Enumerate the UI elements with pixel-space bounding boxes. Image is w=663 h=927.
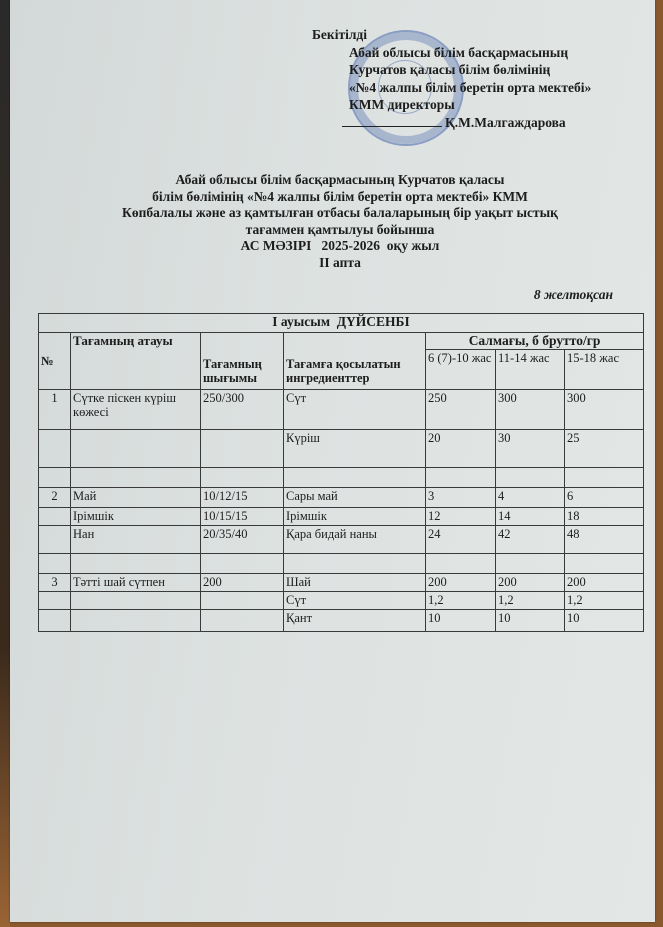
weight-age-6-10: 200	[426, 574, 496, 592]
table-row: Нан20/35/40Қара бидай наны244248	[39, 526, 644, 554]
weight-age-15-18: 300	[565, 390, 644, 430]
dish-name	[71, 592, 201, 610]
dish-name	[71, 610, 201, 632]
title-line: білім бөлімінің «№4 жалпы білім беретін …	[60, 189, 620, 206]
header-age-15-18: 15-18 жас	[565, 350, 644, 390]
dish-output	[201, 430, 284, 468]
approval-line: КММ директоры	[349, 96, 591, 114]
table-row: Ірімшік10/15/15 Ірімшік121418	[39, 508, 644, 526]
weight-age-11-14: 4	[496, 488, 565, 508]
dish-output	[201, 610, 284, 632]
title-line: АС МӘЗІРІ 2025-2026 оқу жыл	[60, 238, 620, 255]
header-age-11-14: 11-14 жас	[496, 350, 565, 390]
ingredient-name: Шай	[284, 574, 426, 592]
header-output: Тағамның шығымы	[201, 333, 284, 390]
dish-name: Тәтті шай сүтпен	[71, 574, 201, 592]
weight-age-15-18: 6	[565, 488, 644, 508]
weight-age-6-10: 10	[426, 610, 496, 632]
dish-name: Сүтке піскен күріш көжесі	[71, 390, 201, 430]
row-no	[39, 610, 71, 632]
row-no: 1	[39, 390, 71, 430]
dish-output: 200	[201, 574, 284, 592]
dish-output	[201, 554, 284, 574]
dish-name: Ірімшік	[71, 508, 201, 526]
table-row	[39, 554, 644, 574]
weight-age-6-10: 12	[426, 508, 496, 526]
ingredient-name: Сүт	[284, 390, 426, 430]
weight-age-11-14	[496, 468, 565, 488]
row-no	[39, 592, 71, 610]
ingredient-name	[284, 468, 426, 488]
weight-age-6-10	[426, 554, 496, 574]
weight-age-6-10	[426, 468, 496, 488]
row-no	[39, 526, 71, 554]
ingredient-name: Сары май	[284, 488, 426, 508]
weight-age-11-14: 10	[496, 610, 565, 632]
table-row: 2Май10/12/15Сары май346	[39, 488, 644, 508]
menu-table: І ауысым ДҮЙСЕНБІ № Тағамның атауы Тағам…	[38, 313, 644, 632]
weight-age-11-14: 300	[496, 390, 565, 430]
weight-age-15-18: 200	[565, 574, 644, 592]
table-row: 3Тәтті шай сүтпен200Шай200200200	[39, 574, 644, 592]
table-row: Қант101010	[39, 610, 644, 632]
weight-age-15-18: 1,2	[565, 592, 644, 610]
weight-age-15-18	[565, 468, 644, 488]
weight-age-11-14	[496, 554, 565, 574]
row-no: 2	[39, 488, 71, 508]
dish-name	[71, 430, 201, 468]
table-row: 1Сүтке піскен күріш көжесі250/300Сүт2503…	[39, 390, 644, 430]
weight-age-6-10: 20	[426, 430, 496, 468]
dish-output: 10/15/15	[201, 508, 284, 526]
row-no	[39, 430, 71, 468]
header-name: Тағамның атауы	[71, 333, 201, 390]
weight-age-6-10: 1,2	[426, 592, 496, 610]
weight-age-15-18: 10	[565, 610, 644, 632]
ingredient-name: Қант	[284, 610, 426, 632]
ingredient-name: Ірімшік	[284, 508, 426, 526]
ingredient-name: Сүт	[284, 592, 426, 610]
table-row	[39, 468, 644, 488]
dish-output	[201, 592, 284, 610]
row-no	[39, 554, 71, 574]
signature-line: Қ.М.Малгаждарова	[342, 114, 591, 132]
weight-age-15-18: 18	[565, 508, 644, 526]
approval-line: «№4 жалпы білім беретін орта мектебі»	[349, 79, 591, 97]
weight-age-6-10: 24	[426, 526, 496, 554]
title-line: Абай облысы білім басқармасының Курчатов…	[60, 172, 620, 189]
row-no: 3	[39, 574, 71, 592]
approval-heading: Бекітілді	[312, 26, 591, 44]
weight-age-6-10: 250	[426, 390, 496, 430]
weight-age-11-14: 14	[496, 508, 565, 526]
weight-age-6-10: 3	[426, 488, 496, 508]
signature-blank	[342, 114, 442, 127]
header-ingredients: Тағамға қосылатын ингредиенттер	[284, 333, 426, 390]
shift-header: І ауысым ДҮЙСЕНБІ	[39, 314, 644, 333]
weight-age-11-14: 1,2	[496, 592, 565, 610]
weight-age-11-14: 42	[496, 526, 565, 554]
row-no	[39, 508, 71, 526]
weight-age-15-18: 25	[565, 430, 644, 468]
menu-date: 8 желтоқсан	[534, 287, 613, 303]
approval-line: Абай облысы білім басқармасының	[349, 44, 591, 62]
header-age-6-10: 6 (7)-10 жас	[426, 350, 496, 390]
header-no: №	[39, 333, 71, 390]
row-no	[39, 468, 71, 488]
ingredient-name: Қара бидай наны	[284, 526, 426, 554]
weight-age-15-18	[565, 554, 644, 574]
title-line: ІІ апта	[60, 255, 620, 272]
dish-name: Нан	[71, 526, 201, 554]
signer-name: Қ.М.Малгаждарова	[445, 115, 566, 130]
ingredient-name	[284, 554, 426, 574]
dish-name: Май	[71, 488, 201, 508]
weight-age-11-14: 30	[496, 430, 565, 468]
dish-output: 250/300	[201, 390, 284, 430]
document-title: Абай облысы білім басқармасының Курчатов…	[60, 172, 620, 271]
photo-background	[0, 0, 10, 927]
weight-age-11-14: 200	[496, 574, 565, 592]
dish-name	[71, 554, 201, 574]
approval-block: Бекітілді Абай облысы білім басқармасыны…	[312, 26, 591, 131]
title-line: Көпбалалы және аз қамтылған отбасы балал…	[60, 205, 620, 222]
dish-output: 20/35/40	[201, 526, 284, 554]
weight-age-15-18: 48	[565, 526, 644, 554]
header-weight-group: Салмағы, б брутто/гр	[426, 333, 644, 350]
table-row: Күріш203025	[39, 430, 644, 468]
dish-output: 10/12/15	[201, 488, 284, 508]
dish-output	[201, 468, 284, 488]
title-line: тағаммен қамтылуы бойынша	[60, 222, 620, 239]
ingredient-name: Күріш	[284, 430, 426, 468]
dish-name	[71, 468, 201, 488]
table-row: Сүт1,21,21,2	[39, 592, 644, 610]
approval-line: Курчатов қаласы білім бөлімінің	[349, 61, 591, 79]
